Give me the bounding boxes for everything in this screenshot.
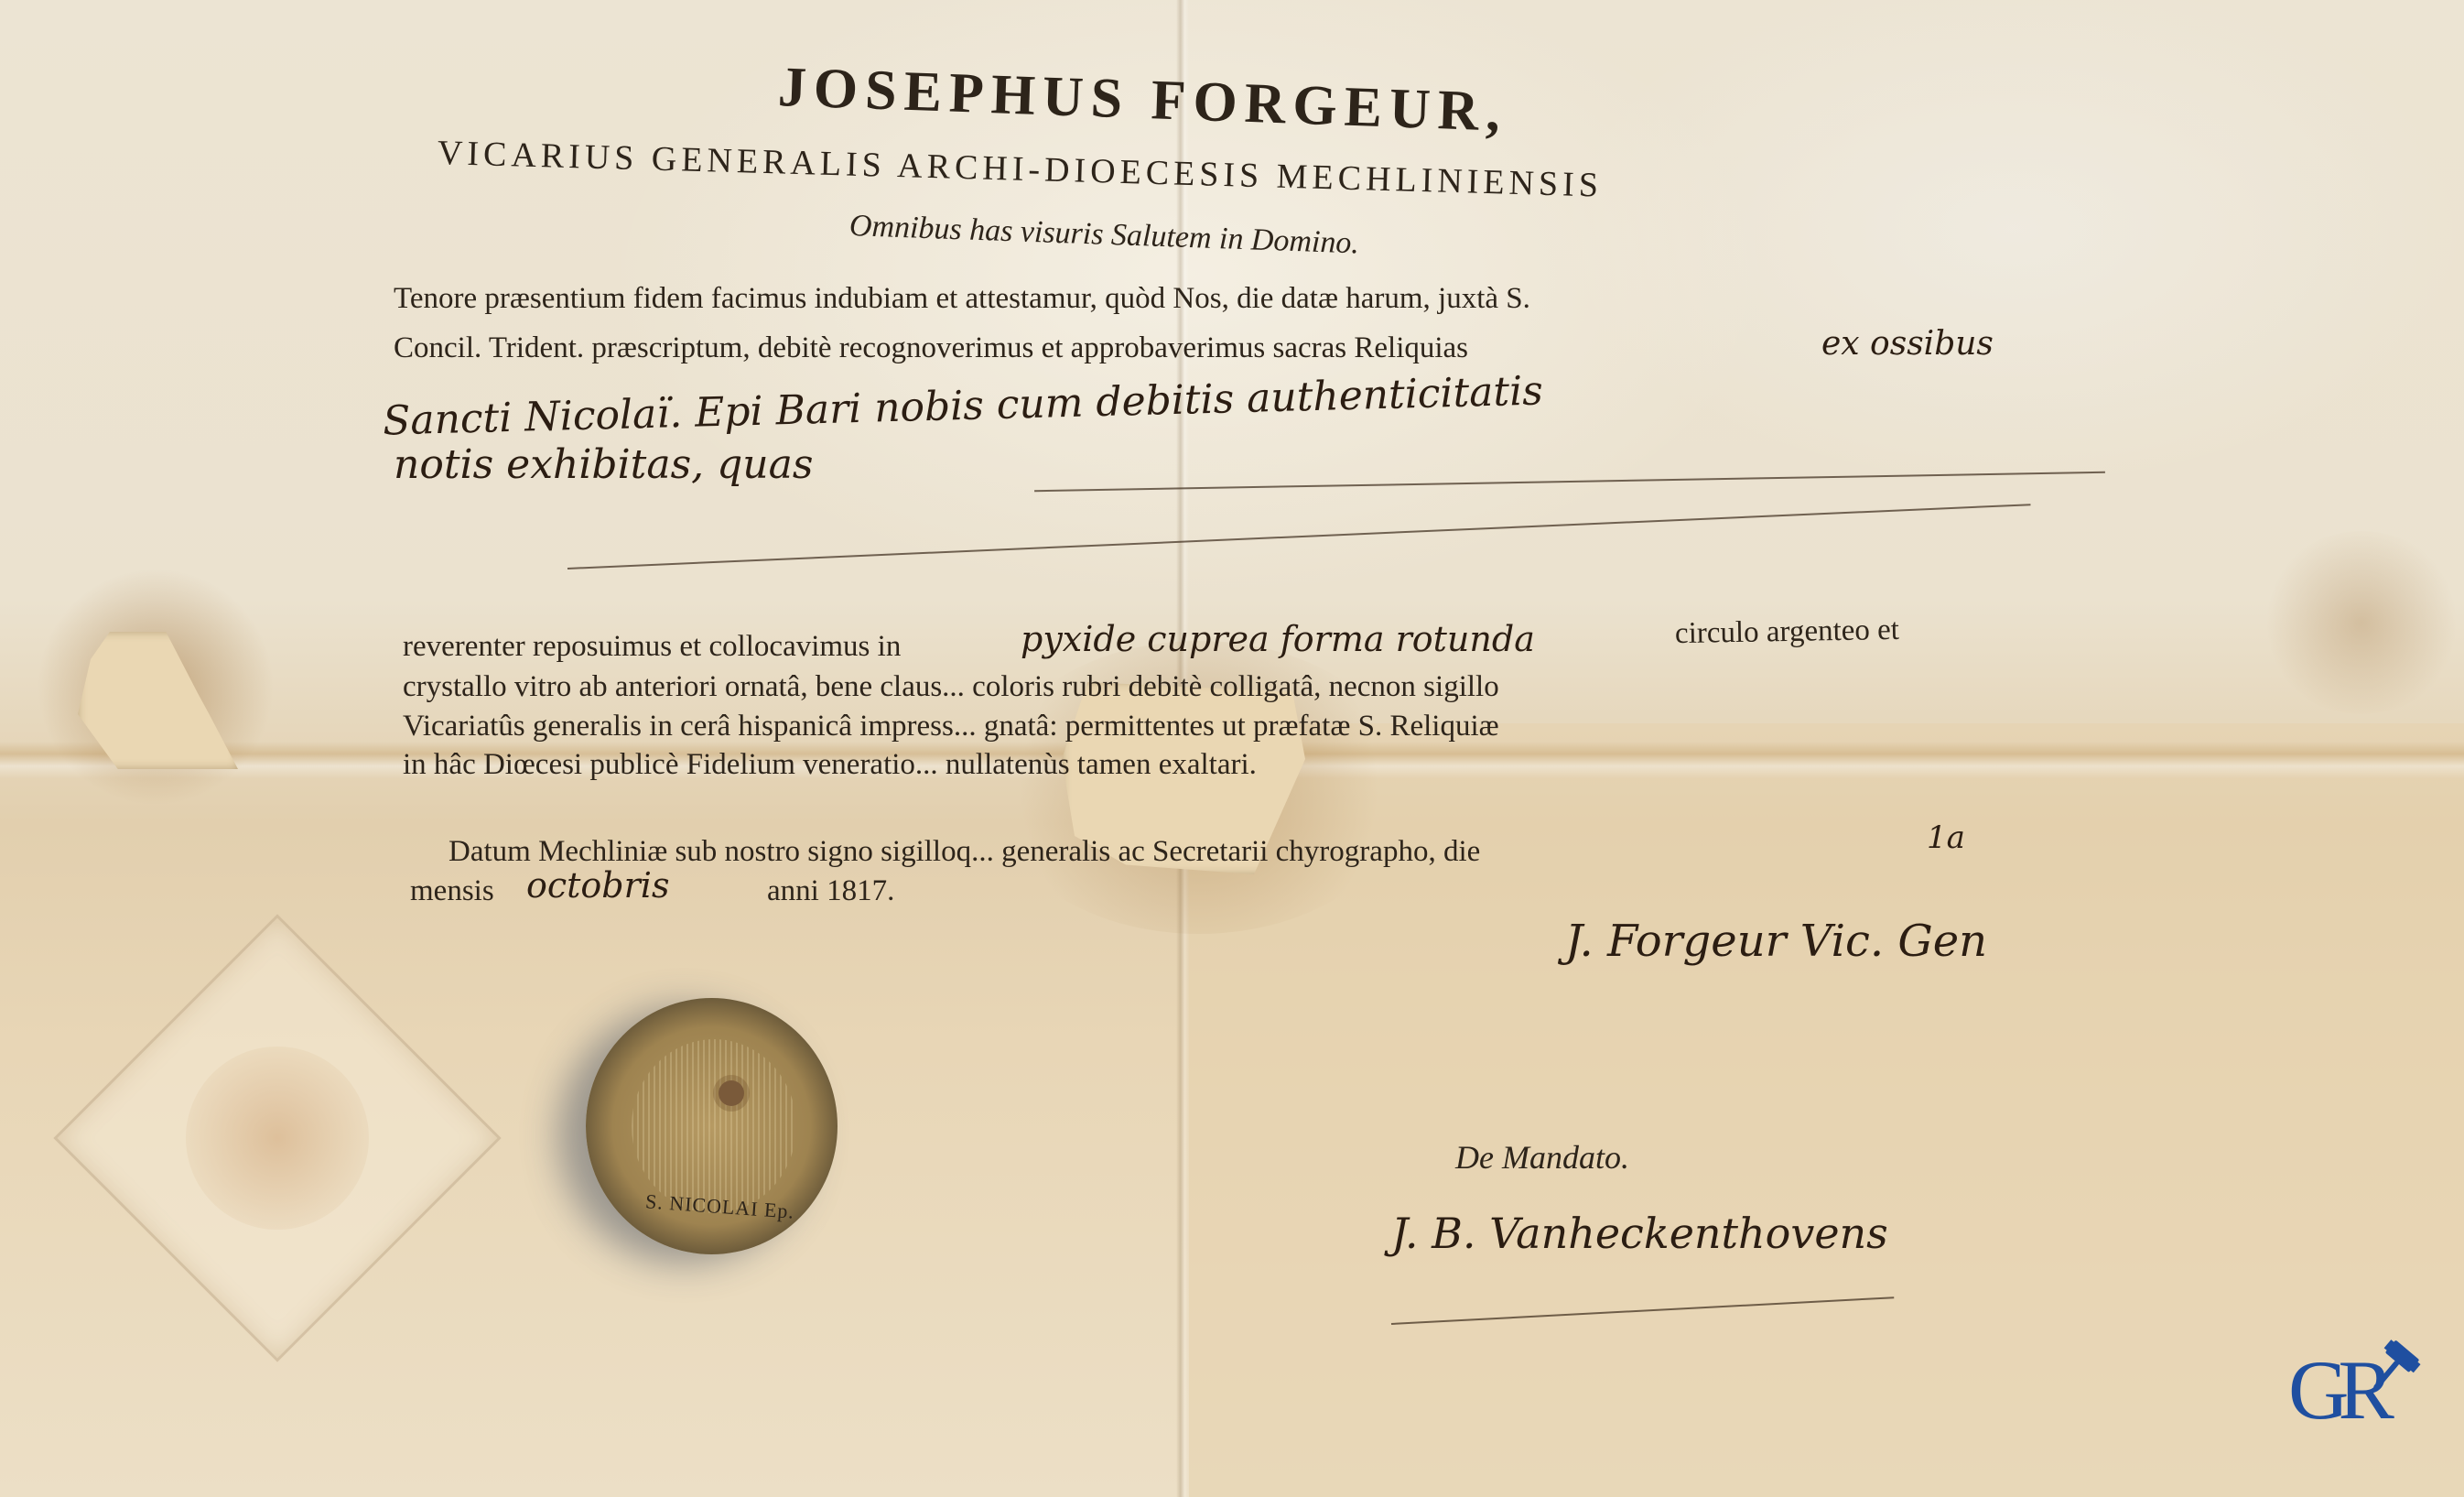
- paragraph1-line2: Concil. Trident. præscriptum, debitè rec…: [394, 331, 1468, 365]
- mandate-label: De Mandato.: [1455, 1138, 1629, 1177]
- handwritten-month: octobris: [526, 865, 669, 906]
- handwritten-ex-ossibus: ex ossibus: [1821, 325, 1994, 363]
- dating-line1: Datum Mechliniæ sub nostro signo sigillo…: [448, 835, 1480, 869]
- gavel-icon: [2360, 1337, 2424, 1401]
- paragraph2-line3: Vicariatûs generalis in cerâ hispanicâ i…: [403, 710, 1499, 743]
- dating-mensis: mensis: [410, 874, 494, 908]
- relic-textile-backing: [632, 1039, 796, 1213]
- watermark-logo: GR: [2288, 1341, 2435, 1442]
- foxing-stain: [2261, 531, 2462, 714]
- handwritten-pyxide: pyxide cuprea forma rotunda: [1021, 619, 1535, 659]
- handwritten-line4: notis exhibitas, quas: [394, 441, 813, 488]
- signature-vicar-general: J. Forgeur Vic. Gen: [1565, 916, 1987, 967]
- seal-impression: [186, 1047, 369, 1230]
- sun-emblem-icon: [719, 1080, 744, 1106]
- paragraph1-line1: Tenore præsentium fidem facimus indubiam…: [394, 282, 1530, 316]
- paragraph2-line1-end: circulo argenteo et: [1675, 613, 1900, 651]
- paragraph2-line1: reverenter reposuimus et collocavimus in: [403, 630, 901, 664]
- signature-secretary: J. B. Vanheckenthovens: [1391, 1209, 1888, 1258]
- dating-year: anni 1817.: [767, 874, 894, 908]
- paragraph2-line4: in hâc Diœcesi publicè Fidelium venerati…: [403, 748, 1257, 782]
- handwritten-day: 1a: [1927, 819, 1965, 856]
- paragraph2-line2: crystallo vitro ab anteriori ornatâ, ben…: [403, 670, 1499, 704]
